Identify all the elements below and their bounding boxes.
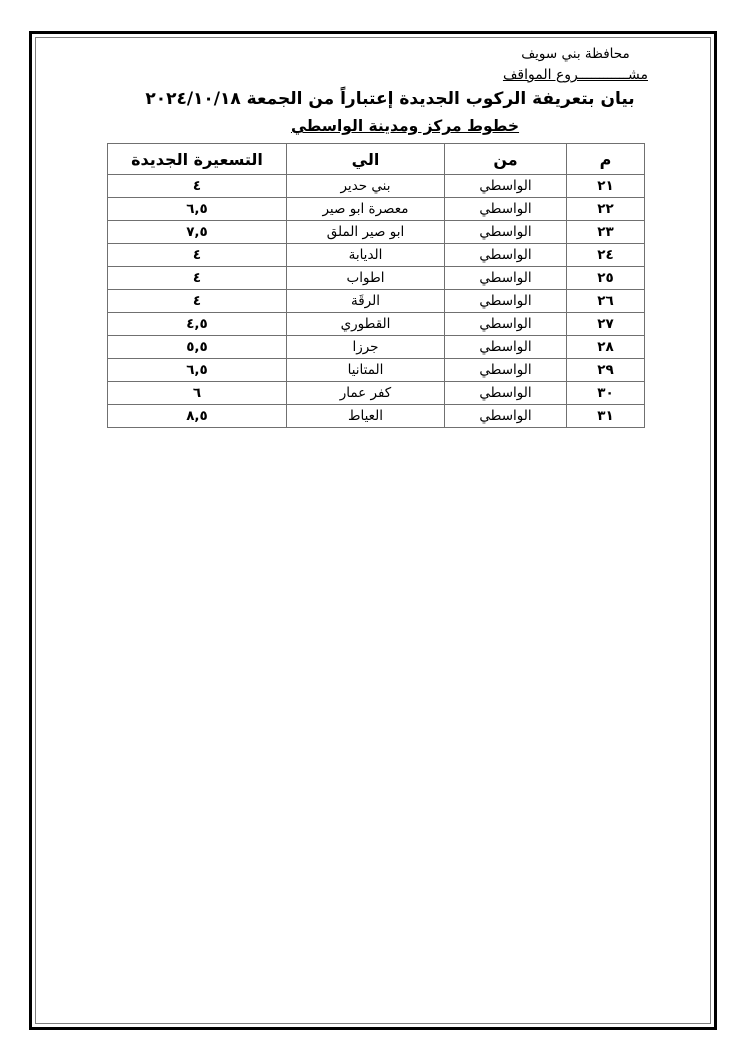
fare-cell: ٦ xyxy=(108,382,287,405)
from-cell: الواسطي xyxy=(445,175,567,198)
row-number-cell: ٢١ xyxy=(567,175,645,198)
to-cell: بني حدير xyxy=(287,175,445,198)
from-cell: الواسطي xyxy=(445,382,567,405)
row-number-cell: ٢٩ xyxy=(567,359,645,382)
from-cell: الواسطي xyxy=(445,359,567,382)
fare-table-body: ٢١الواسطيبني حدير٤٢٢الواسطيمعصرة ابو صير… xyxy=(108,175,645,428)
table-row: ٣٠الواسطيكفر عمار٦ xyxy=(108,382,645,405)
fare-cell: ٤ xyxy=(108,267,287,290)
table-row: ٢٧الواسطيالقطوري٤,٥ xyxy=(108,313,645,336)
fare-table-header: م من الي التسعيرة الجديدة xyxy=(108,144,645,175)
table-row: ٢٣الواسطيابو صير الملق٧,٥ xyxy=(108,221,645,244)
table-row: ٢٨الواسطيجرزا٥,٥ xyxy=(108,336,645,359)
row-number-cell: ٣١ xyxy=(567,405,645,428)
fare-cell: ٤ xyxy=(108,244,287,267)
to-cell: كفر عمار xyxy=(287,382,445,405)
table-row: ٢٥الواسطياطواب٤ xyxy=(108,267,645,290)
to-cell: العياط xyxy=(287,405,445,428)
col-header-from: من xyxy=(445,144,567,175)
col-header-fare: التسعيرة الجديدة xyxy=(108,144,287,175)
from-cell: الواسطي xyxy=(445,336,567,359)
table-row: ٢٩الواسطيالمتانيا٦,٥ xyxy=(108,359,645,382)
fare-cell: ٥,٥ xyxy=(108,336,287,359)
table-row: ٢٢الواسطيمعصرة ابو صير٦,٥ xyxy=(108,198,645,221)
row-number-cell: ٢٦ xyxy=(567,290,645,313)
to-cell: معصرة ابو صير xyxy=(287,198,445,221)
fare-cell: ٧,٥ xyxy=(108,221,287,244)
project-name: مشــــــــــــروع المواقف xyxy=(503,65,648,86)
table-row: ٢٦الواسطيالرقَة٤ xyxy=(108,290,645,313)
letterhead: محافظة بني سويف مشــــــــــــروع المواق… xyxy=(503,44,648,86)
from-cell: الواسطي xyxy=(445,405,567,428)
to-cell: القطوري xyxy=(287,313,445,336)
col-header-number: م xyxy=(567,144,645,175)
row-number-cell: ٢٤ xyxy=(567,244,645,267)
fare-cell: ٦,٥ xyxy=(108,198,287,221)
table-row: ٣١الواسطيالعياط٨,٥ xyxy=(108,405,645,428)
row-number-cell: ٢٥ xyxy=(567,267,645,290)
to-cell: الرقَة xyxy=(287,290,445,313)
row-number-cell: ٣٠ xyxy=(567,382,645,405)
table-row: ٢٤الواسطيالديابة٤ xyxy=(108,244,645,267)
document-subtitle: خطوط مركز ومدينة الواسطي xyxy=(60,117,750,135)
document-title: بيان بتعريفة الركوب الجديدة إعتباراً من … xyxy=(40,89,740,109)
governorate-name: محافظة بني سويف xyxy=(503,44,648,65)
to-cell: اطواب xyxy=(287,267,445,290)
fare-cell: ٤ xyxy=(108,175,287,198)
from-cell: الواسطي xyxy=(445,244,567,267)
from-cell: الواسطي xyxy=(445,267,567,290)
row-number-cell: ٢٧ xyxy=(567,313,645,336)
row-number-cell: ٢٣ xyxy=(567,221,645,244)
to-cell: جرزا xyxy=(287,336,445,359)
fare-cell: ٨,٥ xyxy=(108,405,287,428)
table-row: ٢١الواسطيبني حدير٤ xyxy=(108,175,645,198)
col-header-to: الي xyxy=(287,144,445,175)
from-cell: الواسطي xyxy=(445,221,567,244)
fare-table: م من الي التسعيرة الجديدة ٢١الواسطيبني ح… xyxy=(107,143,645,428)
row-number-cell: ٢٢ xyxy=(567,198,645,221)
from-cell: الواسطي xyxy=(445,313,567,336)
document-page: محافظة بني سويف مشــــــــــــروع المواق… xyxy=(0,0,750,1061)
header-row: م من الي التسعيرة الجديدة xyxy=(108,144,645,175)
to-cell: المتانيا xyxy=(287,359,445,382)
from-cell: الواسطي xyxy=(445,290,567,313)
to-cell: الديابة xyxy=(287,244,445,267)
fare-cell: ٦,٥ xyxy=(108,359,287,382)
from-cell: الواسطي xyxy=(445,198,567,221)
to-cell: ابو صير الملق xyxy=(287,221,445,244)
row-number-cell: ٢٨ xyxy=(567,336,645,359)
fare-cell: ٤,٥ xyxy=(108,313,287,336)
fare-cell: ٤ xyxy=(108,290,287,313)
